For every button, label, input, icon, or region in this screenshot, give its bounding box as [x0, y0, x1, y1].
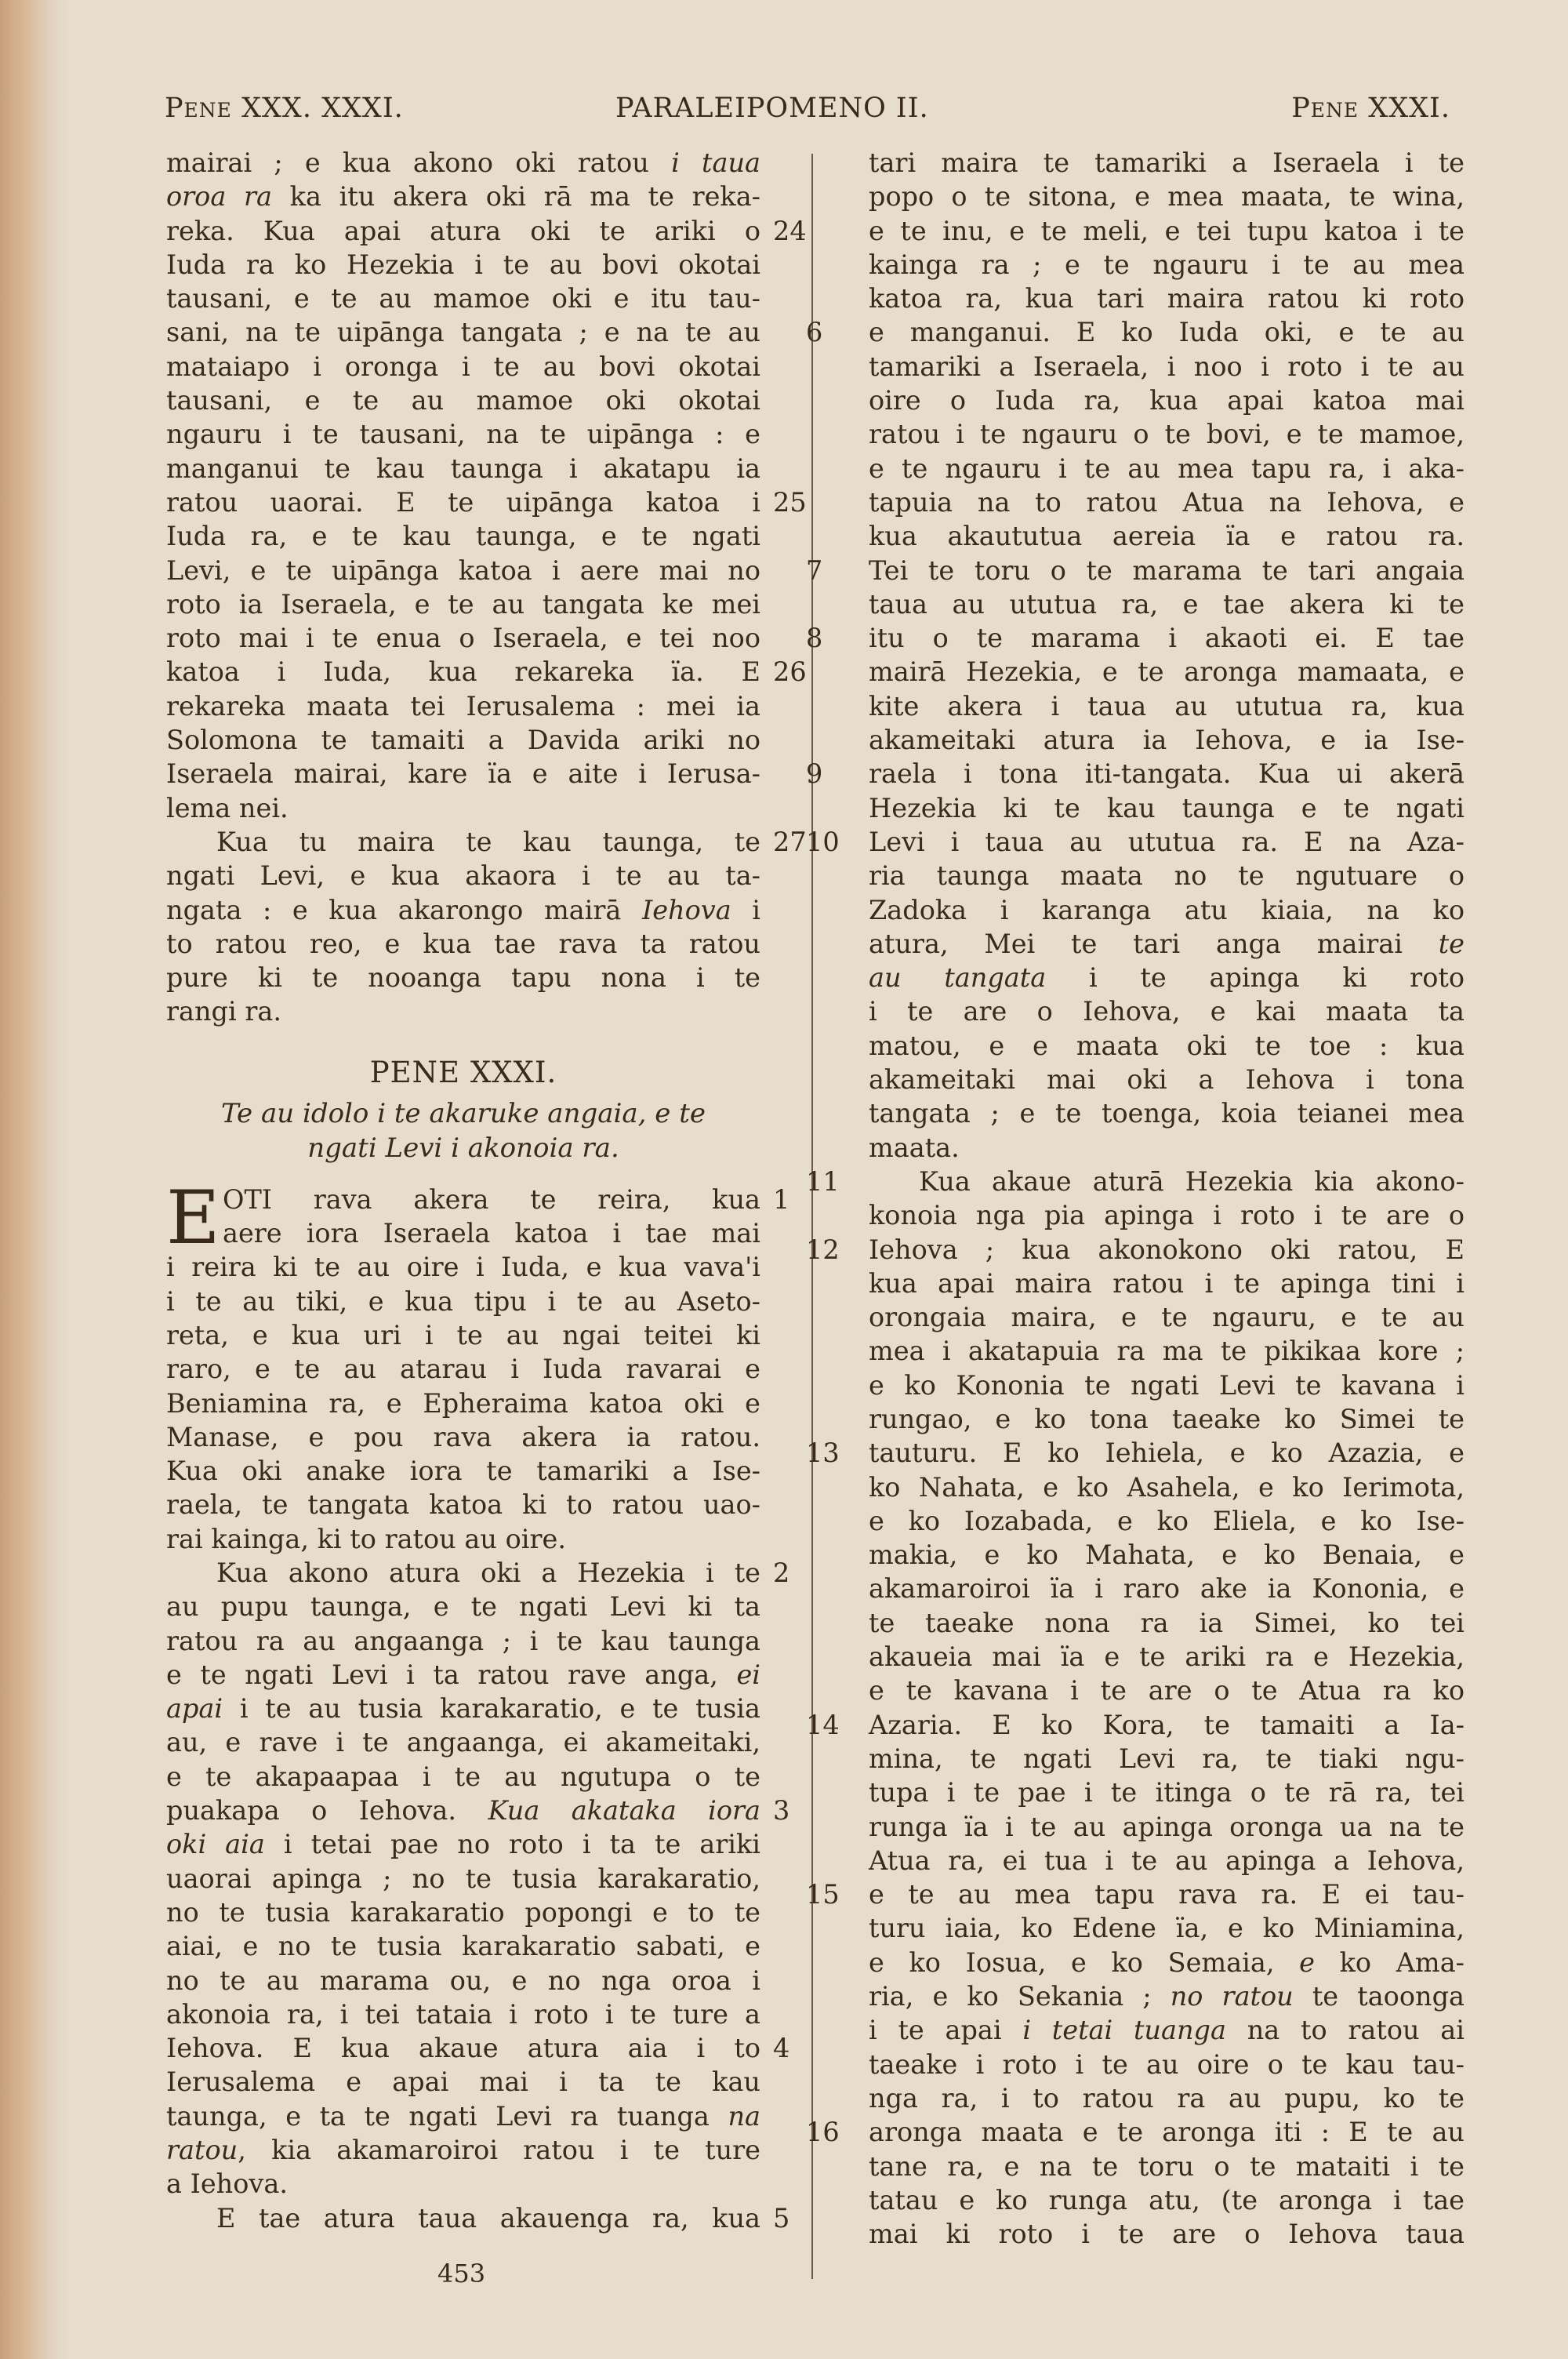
italic-text: e: [1299, 1947, 1315, 1978]
line-text: e ko Iosua, e ko Semaia,: [869, 1947, 1299, 1978]
text-line: au, e rave i te angaanga, ei akameitaki,: [166, 1725, 760, 1759]
text-line: mai ki roto i te are o Iehova taua: [869, 2217, 1465, 2251]
line-text: Atua ra, ei tua i te au apinga a Iehova,: [869, 1845, 1465, 1876]
text-line: Atua ra, ei tua i te au apinga a Iehova,: [869, 1844, 1465, 1877]
line-text: Kua oki anake iora te tamariki a Ise-: [166, 1456, 760, 1486]
text-line: pure ki te nooanga tapu nona i te: [166, 961, 760, 994]
text-line: tapuia na to ratou Atua na Iehova, e: [869, 485, 1465, 519]
verse-number: 15: [806, 1877, 858, 1911]
text-line: ria taunga maata no te ngutuare o: [869, 859, 1465, 892]
verse-number: 25: [773, 485, 828, 519]
verse-number: 3: [773, 1794, 828, 1827]
text-line: raela i tona iti-tangata. Kua ui akerā9: [869, 757, 1465, 791]
line-text: Levi i taua au ututua ra. E na Aza-: [869, 827, 1465, 857]
line-text: , kia akamaroiroi ratou i te ture: [238, 2135, 760, 2165]
line-text: e ko Iozabada, e ko Eliela, e ko Ise-: [869, 1506, 1465, 1536]
text-line: i te au tiki, e kua tipu i te au Aseto-: [166, 1285, 760, 1318]
line-text: kua apai maira ratou i te apinga tini i: [869, 1268, 1465, 1299]
text-line: mea i akatapuia ra ma te pikikaa kore ;: [869, 1334, 1465, 1368]
text-line: uaorai apinga ; no te tusia karakaratio,: [166, 1862, 760, 1896]
text-line: e manganui. E ko Iuda oki, e te au6: [869, 315, 1465, 349]
text-line: OTI rava akera te reira, kua1: [166, 1183, 760, 1216]
text-line: tausani, e te au mamoe oki okotai: [166, 383, 760, 417]
text-line: mataiapo i oronga i te au bovi okotai: [166, 350, 760, 383]
text-line: ratou i te ngauru o te bovi, e te mamoe,: [869, 417, 1465, 451]
verse-number: 7: [806, 554, 858, 587]
line-text: e manganui. E ko Iuda oki, e te au: [869, 317, 1465, 347]
italic-text: oroa ra: [166, 181, 272, 212]
line-text: Beniamina ra, e Epheraima katoa oki e: [166, 1388, 760, 1419]
verse-number: 8: [806, 621, 858, 655]
text-line: rungao, e ko tona taeake ko Simei te: [869, 1402, 1465, 1436]
line-text: lema nei.: [166, 793, 289, 823]
text-line: Levi i taua au ututua ra. E na Aza-10: [869, 825, 1465, 859]
italic-text: ratou: [166, 2135, 238, 2165]
line-text: itu o te marama i akaoti ei. E tae: [869, 623, 1465, 653]
italic-text: no ratou: [1171, 1981, 1294, 2012]
italic-text: ei: [736, 1659, 760, 1690]
right-column-text: tari maira te tamariki a Iseraela i tepo…: [869, 146, 1465, 2251]
text-line: apai i te au tusia karakaratio, e te tus…: [166, 1692, 760, 1725]
line-text: te taeake nona ra ia Simei, ko tei: [869, 1608, 1465, 1638]
line-text: e te ngati Levi i ta ratou rave anga,: [166, 1659, 736, 1690]
line-text: Iehova ; kua akonokono oki ratou, E: [869, 1234, 1465, 1265]
line-text: raela i tona iti-tangata. Kua ui akerā: [869, 758, 1465, 789]
line-text: tamariki a Iseraela, i noo i roto i te a…: [869, 351, 1465, 382]
text-line: konoia nga pia apinga i roto i te are o: [869, 1198, 1465, 1232]
text-line: Tei te toru o te marama te tari angaia7: [869, 554, 1465, 587]
line-text: au pupu taunga, e te ngati Levi ki ta: [166, 1591, 760, 1622]
line-text: uaorai apinga ; no te tusia karakaratio,: [166, 1863, 760, 1894]
text-line: popo o te sitona, e mea maata, te wina,: [869, 180, 1465, 213]
line-text: e te ngauru i te au mea tapu ra, i aka-: [869, 453, 1465, 484]
text-line: tari maira te tamariki a Iseraela i te: [869, 146, 1465, 180]
text-line: i te apai i tetai tuanga na to ratou ai: [869, 2013, 1465, 2047]
text-line: Kua akono atura oki a Hezekia i te2: [166, 1556, 760, 1590]
text-line: aiai, e no te tusia karakaratio sabati, …: [166, 1929, 760, 1963]
line-text: taua au ututua ra, e tae akera ki te: [869, 589, 1465, 620]
line-text: nga ra, i to ratou ra au pupu, ko te: [869, 2083, 1465, 2114]
line-text: tatau e ko runga atu, (te aronga i tae: [869, 2185, 1465, 2215]
line-text: no te au marama ou, e no nga oroa i: [166, 1965, 760, 1996]
line-text: roto mai i te enua o Iseraela, e tei noo: [166, 623, 760, 653]
text-line: aronga maata e te aronga iti : E te au16: [869, 2115, 1465, 2149]
text-line: Levi, e te uipānga katoa i aere mai no: [166, 554, 760, 587]
text-line: mina, te ngati Levi ra, te tiaki ngu-: [869, 1742, 1465, 1776]
italic-text: i taua: [671, 147, 760, 178]
text-line: taua au ututua ra, e tae akera ki te: [869, 587, 1465, 621]
line-text: akamaroiroi ïa i raro ake ia Kononia, e: [869, 1573, 1465, 1604]
line-text: e ko Kononia te ngati Levi te kavana i: [869, 1370, 1465, 1401]
line-text: makia, e ko Mahata, e ko Benaia, e: [869, 1539, 1465, 1570]
line-text: Kua akono atura oki a Hezekia i te: [216, 1558, 760, 1588]
line-text: oire o Iuda ra, kua apai katoa mai: [869, 385, 1465, 416]
line-text: i te apinga ki roto: [1046, 962, 1465, 993]
line-text: mataiapo i oronga i te au bovi okotai: [166, 351, 760, 382]
right-column: tari maira te tamariki a Iseraela i tepo…: [869, 146, 1465, 2251]
line-text: puakapa o Iehova.: [166, 1795, 488, 1826]
text-line: no te tusia karakaratio popongi e to te: [166, 1896, 760, 1929]
line-text: taeake i roto i te au oire o te kau tau-: [869, 2049, 1465, 2080]
left-column-text-top: mairai ; e kua akono oki ratou i tauaoro…: [166, 146, 760, 1029]
line-text: ratou i te ngauru o te bovi, e te mamoe,: [869, 419, 1465, 449]
left-column: mairai ; e kua akono oki ratou i tauaoro…: [166, 146, 760, 2235]
line-text: Azaria. E ko Kora, te tamaiti a Ia-: [869, 1710, 1465, 1740]
text-line: Solomona te tamaiti a Davida ariki no: [166, 723, 760, 757]
text-line: akameitaki atura ia Iehova, e ia Ise-: [869, 723, 1465, 757]
chapter-summary: Te au idolo i te akaruke angaia, e te ng…: [166, 1096, 760, 1165]
line-text: raro, e te au atarau i Iuda ravarai e: [166, 1354, 760, 1384]
text-line: kite akera i taua au ututua ra, kua: [869, 689, 1465, 723]
text-line: mairai ; e kua akono oki ratou i taua: [166, 146, 760, 180]
line-text: reka. Kua apai atura oki te ariki o: [166, 216, 760, 246]
text-line: Hezekia ki te kau taunga e te ngati: [869, 791, 1465, 825]
running-head-right: Pene XXXI.: [1291, 93, 1450, 124]
text-line: tausani, e te au mamoe oki e itu tau-: [166, 282, 760, 315]
italic-text: na: [728, 2101, 760, 2132]
line-text: sani, na te uipānga tangata ; e na te au: [166, 317, 760, 347]
left-column-text-bottom: i reira ki te au oire i Iuda, e kua vava…: [166, 1250, 760, 2235]
verse-number: 26: [773, 655, 828, 689]
italic-text: apai: [166, 1693, 223, 1724]
text-line: au pupu taunga, e te ngati Levi ki ta: [166, 1590, 760, 1623]
line-text: Zadoka i karanga atu kiaia, na ko: [869, 895, 1465, 925]
text-line: turu iaia, ko Edene ïa, e ko Miniamina,: [869, 1911, 1465, 1945]
line-text: te taoonga: [1294, 1981, 1465, 2012]
text-line: Iuda ra ko Hezekia i te au bovi okotai: [166, 248, 760, 282]
text-line: ratou ra au angaanga ; i te kau taunga: [166, 1624, 760, 1658]
italic-text: te: [1439, 929, 1465, 959]
line-text: to ratou reo, e kua tae rava ta ratou: [166, 929, 760, 959]
text-line: e ko Iozabada, e ko Eliela, e ko Ise-: [869, 1504, 1465, 1538]
text-line: reta, e kua uri i te au ngai teitei ki: [166, 1318, 760, 1352]
line-text: kua akaututua aereia ïa e ratou ra.: [869, 521, 1465, 551]
line-text: ko Ama-: [1315, 1947, 1465, 1978]
line-text: matou, e e maata oki te toe : kua: [869, 1030, 1465, 1061]
line-text: Ierusalema e apai mai i ta te kau: [166, 2066, 760, 2097]
line-text: Kua tu maira te kau taunga, te: [216, 827, 760, 857]
line-text: popo o te sitona, e mea maata, te wina,: [869, 181, 1465, 212]
text-line: puakapa o Iehova. Kua akataka iora3: [166, 1794, 760, 1827]
line-text: i tetai pae no roto i ta te ariki: [265, 1829, 760, 1859]
text-line: Iehova. E kua akaue atura aia i to4: [166, 2031, 760, 2065]
text-line: roto ia Iseraela, e te au tangata ke mei: [166, 587, 760, 621]
line-text: katoa i Iuda, kua rekareka ïa. E: [166, 656, 760, 687]
text-line: tane ra, e na te toru o te mataiti i te: [869, 2150, 1465, 2183]
text-line: akamaroiroi ïa i raro ake ia Kononia, e: [869, 1572, 1465, 1605]
text-line: oki aia i tetai pae no roto i ta te arik…: [166, 1827, 760, 1861]
text-line: e te inu, e te meli, e tei tupu katoa i …: [869, 214, 1465, 248]
verse-number: 10: [806, 825, 858, 859]
text-line: ngata : e kua akarongo mairā Iehova i: [166, 893, 760, 927]
line-text: katoa ra, kua tari maira ratou ki roto: [869, 283, 1465, 314]
text-line: oroa ra ka itu akera oki rā ma te reka-: [166, 180, 760, 213]
italic-text: au tangata: [869, 962, 1046, 993]
text-line: e te ngauru i te au mea tapu ra, i aka-: [869, 452, 1465, 485]
text-line: no te au marama ou, e no nga oroa i: [166, 1964, 760, 1997]
spacer: [166, 1165, 760, 1183]
text-line: runga ïa i te au apinga oronga ua na te: [869, 1810, 1465, 1844]
line-text: i: [731, 895, 760, 925]
text-line: mairā Hezekia, e te aronga mamaata, e: [869, 655, 1465, 689]
line-text: tauturu. E ko Iehiela, e ko Azazia, e: [869, 1438, 1465, 1468]
line-text: tausani, e te au mamoe oki okotai: [166, 385, 760, 416]
line-text: ratou uaorai. E te uipānga katoa i: [166, 487, 760, 518]
line-text: orongaia maira, e te ngauru, e te au: [869, 1302, 1465, 1332]
line-text: e te akapaapaa i te au ngutupa o te: [166, 1761, 760, 1792]
text-line: i reira ki te au oire i Iuda, e kua vava…: [166, 1250, 760, 1284]
line-text: pure ki te nooanga tapu nona i te: [166, 962, 760, 993]
line-text: ko Nahata, e ko Asahela, e ko Ierimota,: [869, 1472, 1465, 1503]
italic-text: i tetai tuanga: [1022, 2015, 1226, 2045]
verse-number: 13: [806, 1436, 858, 1470]
line-text: Kua akaue aturā Hezekia kia akono-: [919, 1166, 1465, 1197]
text-line: tauturu. E ko Iehiela, e ko Azazia, e13: [869, 1436, 1465, 1470]
line-text: e te au mea tapu rava ra. E ei tau-: [869, 1879, 1465, 1910]
line-text: e te kavana i te are o te Atua ra ko: [869, 1675, 1465, 1706]
text-line: a Iehova.: [166, 2167, 760, 2201]
line-text: ria taunga maata no te ngutuare o: [869, 860, 1465, 891]
text-line: katoa i Iuda, kua rekareka ïa. E26: [166, 655, 760, 689]
text-line: maata.: [869, 1131, 1465, 1165]
text-line: ratou, kia akamaroiroi ratou i te ture: [166, 2133, 760, 2167]
line-text: konoia nga pia apinga i roto i te are o: [869, 1200, 1465, 1230]
text-line: atura, Mei te tari anga mairai te: [869, 927, 1465, 961]
line-text: runga ïa i te au apinga oronga ua na te: [869, 1812, 1465, 1842]
line-text: roto ia Iseraela, e te au tangata ke mei: [166, 589, 760, 620]
text-line: to ratou reo, e kua tae rava ta ratou: [166, 927, 760, 961]
text-line: tupa i te pae i te itinga o te rā ra, te…: [869, 1776, 1465, 1809]
text-line: orongaia maira, e te ngauru, e te au: [869, 1300, 1465, 1334]
text-line: te taeake nona ra ia Simei, ko tei: [869, 1606, 1465, 1640]
text-line: oire o Iuda ra, kua apai katoa mai: [869, 383, 1465, 417]
text-line: kainga ra ; e te ngauru i te au mea: [869, 248, 1465, 282]
line-text: akonoia ra, i tei tataia i roto i te tur…: [166, 1999, 760, 2030]
text-line: kua akaututua aereia ïa e ratou ra.: [869, 519, 1465, 553]
line-text: mea i akatapuia ra ma te pikikaa kore ;: [869, 1336, 1465, 1366]
verse-number: 11: [806, 1165, 858, 1198]
line-text: OTI rava akera te reira, kua: [223, 1184, 760, 1215]
line-text: mai ki roto i te are o Iehova taua: [869, 2219, 1465, 2249]
text-line: manganui te kau taunga i akatapu ia: [166, 452, 760, 485]
line-text: aiai, e no te tusia karakaratio sabati, …: [166, 1931, 760, 1961]
text-line: Zadoka i karanga atu kiaia, na ko: [869, 893, 1465, 927]
line-text: mina, te ngati Levi ra, te tiaki ngu-: [869, 1743, 1465, 1774]
text-line: au tangata i te apinga ki roto: [869, 961, 1465, 994]
text-line: e te kavana i te are o te Atua ra ko: [869, 1674, 1465, 1707]
text-line: rekareka maata tei Ierusalema : mei ia: [166, 689, 760, 723]
line-text: tupa i te pae i te itinga o te rā ra, te…: [869, 1777, 1465, 1808]
text-line: e ko Kononia te ngati Levi te kavana i: [869, 1369, 1465, 1402]
text-line: Kua oki anake iora te tamariki a Ise-: [166, 1454, 760, 1488]
line-text: Tei te toru o te marama te tari angaia: [869, 555, 1465, 586]
italic-text: oki aia: [166, 1829, 265, 1859]
text-line: E tae atura taua akauenga ra, kua5: [166, 2201, 760, 2235]
text-line: ria, e ko Sekania ; no ratou te taoonga: [869, 1979, 1465, 2013]
line-text: mairai ; e kua akono oki ratou: [166, 147, 671, 178]
line-text: ka itu akera oki rā ma te reka-: [272, 181, 760, 212]
line-text: manganui te kau taunga i akatapu ia: [166, 453, 760, 484]
text-line: roto mai i te enua o Iseraela, e tei noo: [166, 621, 760, 655]
verse-number: 2: [773, 1556, 828, 1590]
line-text: Hezekia ki te kau taunga e te ngati: [869, 793, 1465, 823]
line-text: E tae atura taua akauenga ra, kua: [216, 2203, 760, 2234]
text-line: Iehova ; kua akonokono oki ratou, E12: [869, 1233, 1465, 1267]
line-text: ngauru i te tausani, na te uipānga : e: [166, 419, 760, 449]
text-line: i te are o Iehova, e kai maata ta: [869, 994, 1465, 1028]
line-text: kite akera i taua au ututua ra, kua: [869, 691, 1465, 722]
text-line: e te au mea tapu rava ra. E ei tau-15: [869, 1877, 1465, 1911]
text-line: rai kainga, ki to ratou au oire.: [166, 1522, 760, 1556]
text-line: katoa ra, kua tari maira ratou ki roto: [869, 282, 1465, 315]
page-edge-shadow: [0, 0, 71, 2359]
text-line: ngati Levi, e kua akaora i te au ta-: [166, 859, 760, 892]
text-line: taeake i roto i te au oire o te kau tau-: [869, 2048, 1465, 2081]
text-line: makia, e ko Mahata, e ko Benaia, e: [869, 1538, 1465, 1572]
line-text: mairā Hezekia, e te aronga mamaata, e: [869, 656, 1465, 687]
line-text: tangata ; e te toenga, koia teianei mea: [869, 1098, 1465, 1129]
running-head-left: Pene XXX. XXXI.: [165, 93, 404, 124]
text-line: ko Nahata, e ko Asahela, e ko Ierimota,: [869, 1470, 1465, 1504]
line-text: maata.: [869, 1132, 960, 1163]
page-number: 453: [437, 2259, 485, 2288]
text-line: Manase, e pou rava akera ia ratou.: [166, 1420, 760, 1454]
text-line: rangi ra.: [166, 994, 760, 1028]
text-line: tatau e ko runga atu, (te aronga i tae: [869, 2183, 1465, 2217]
line-text: rekareka maata tei Ierusalema : mei ia: [166, 691, 760, 722]
line-text: aronga maata e te aronga iti : E te au: [869, 2117, 1465, 2147]
verse-number: 24: [773, 214, 828, 248]
line-text: rangi ra.: [166, 996, 281, 1027]
line-text: akaueia mai ïa e te ariki ra e Hezekia,: [869, 1641, 1465, 1672]
line-text: raela, te tangata katoa ki to ratou uao-: [166, 1489, 760, 1520]
line-text: taunga, e ta te ngati Levi ra tuanga: [166, 2101, 728, 2132]
verse-number: 16: [806, 2115, 858, 2149]
text-line: lema nei.: [166, 791, 760, 825]
text-line: sani, na te uipānga tangata ; e na te au: [166, 315, 760, 349]
text-line: aere iora Iseraela katoa i tae mai: [166, 1216, 760, 1250]
line-text: ngata : e kua akarongo mairā: [166, 895, 642, 925]
line-text: Iuda ra, e te kau taunga, e te ngati: [166, 521, 760, 551]
verse-number: 6: [806, 315, 858, 349]
line-text: a Iehova.: [166, 2168, 288, 2199]
line-text: akameitaki atura ia Iehova, e ia Ise-: [869, 725, 1465, 755]
text-line: tangata ; e te toenga, koia teianei mea: [869, 1096, 1465, 1130]
text-line: Iuda ra, e te kau taunga, e te ngati: [166, 519, 760, 553]
text-line: e ko Iosua, e ko Semaia, e ko Ama-: [869, 1946, 1465, 1979]
verse-number: 14: [806, 1708, 858, 1742]
line-text: rai kainga, ki to ratou au oire.: [166, 1524, 566, 1554]
line-text: Iehova. E kua akaue atura aia i to: [166, 2033, 760, 2063]
line-text: kainga ra ; e te ngauru i te au mea: [869, 249, 1465, 280]
line-text: na to ratou ai: [1226, 2015, 1465, 2045]
line-text: ratou ra au angaanga ; i te kau taunga: [166, 1626, 760, 1656]
line-text: reta, e kua uri i te au ngai teitei ki: [166, 1320, 760, 1350]
text-line: nga ra, i to ratou ra au pupu, ko te: [869, 2081, 1465, 2115]
line-text: no te tusia karakaratio popongi e to te: [166, 1897, 760, 1928]
chapter-opening: E OTI rava akera te reira, kua1aere iora…: [166, 1183, 760, 1251]
text-line: Ierusalema e apai mai i ta te kau: [166, 2065, 760, 2099]
verse-number: 4: [773, 2031, 828, 2065]
text-line: itu o te marama i akaoti ei. E tae8: [869, 621, 1465, 655]
text-line: reka. Kua apai atura oki te ariki o24: [166, 214, 760, 248]
line-text: tausani, e te au mamoe oki e itu tau-: [166, 283, 760, 314]
text-line: e te akapaapaa i te au ngutupa o te: [166, 1760, 760, 1794]
line-text: Iuda ra ko Hezekia i te au bovi okotai: [166, 249, 760, 280]
text-line: akaueia mai ïa e te ariki ra e Hezekia,: [869, 1640, 1465, 1674]
verse-number: 12: [806, 1233, 858, 1267]
text-line: ngauru i te tausani, na te uipānga : e: [166, 417, 760, 451]
running-head: Pene XXX. XXXI. PARALEIPOMENO II. Pene X…: [165, 93, 1450, 132]
italic-text: Kua akataka iora: [488, 1795, 760, 1826]
text-line: Beniamina ra, e Epheraima katoa oki e: [166, 1387, 760, 1420]
line-text: i reira ki te au oire i Iuda, e kua vava…: [166, 1252, 760, 1282]
line-text: turu iaia, ko Edene ïa, e ko Miniamina,: [869, 1913, 1465, 1943]
text-line: Azaria. E ko Kora, te tamaiti a Ia-14: [869, 1708, 1465, 1742]
text-line: raela, te tangata katoa ki to ratou uao-: [166, 1488, 760, 1521]
line-text: ria, e ko Sekania ;: [869, 1981, 1171, 2012]
line-text: i te apai: [869, 2015, 1022, 2045]
line-text: Iseraela mairai, kare ïa e aite i Ierusa…: [166, 758, 760, 789]
line-text: ngati Levi, e kua akaora i te au ta-: [166, 860, 760, 891]
line-text: aere iora Iseraela katoa i tae mai: [223, 1218, 760, 1249]
book-title: PARALEIPOMENO II.: [615, 93, 929, 124]
line-text: i te au tusia karakaratio, e te tusia: [223, 1693, 760, 1724]
chapter-title: PENE XXXI.: [166, 1049, 760, 1096]
line-text: Solomona te tamaiti a Davida ariki no: [166, 725, 760, 755]
line-text: atura, Mei te tari anga mairai: [869, 929, 1439, 959]
line-text: Manase, e pou rava akera ia ratou.: [166, 1422, 760, 1452]
line-text: tari maira te tamariki a Iseraela i te: [869, 147, 1465, 178]
text-line: Kua akaue aturā Hezekia kia akono-11: [869, 1165, 1465, 1198]
text-line: akonoia ra, i tei tataia i roto i te tur…: [166, 1997, 760, 2031]
drop-cap-lines: OTI rava akera te reira, kua1aere iora I…: [166, 1183, 760, 1251]
text-line: taunga, e ta te ngati Levi ra tuanga na: [166, 2099, 760, 2133]
text-line: kua apai maira ratou i te apinga tini i: [869, 1267, 1465, 1300]
line-text: akameitaki mai oki a Iehova i tona: [869, 1064, 1465, 1095]
line-text: rungao, e ko tona taeake ko Simei te: [869, 1404, 1465, 1434]
line-text: au, e rave i te angaanga, ei akameitaki,: [166, 1727, 760, 1757]
text-line: raro, e te au atarau i Iuda ravarai e: [166, 1352, 760, 1386]
text-line: Kua tu maira te kau taunga, te27: [166, 825, 760, 859]
line-text: tapuia na to ratou Atua na Iehova, e: [869, 487, 1465, 518]
text-line: ratou uaorai. E te uipānga katoa i25: [166, 485, 760, 519]
line-text: i te are o Iehova, e kai maata ta: [869, 996, 1465, 1027]
italic-text: Iehova: [642, 895, 731, 925]
line-text: i te au tiki, e kua tipu i te au Aseto-: [166, 1286, 760, 1317]
line-text: tane ra, e na te toru o te mataiti i te: [869, 2151, 1465, 2182]
line-text: e te inu, e te meli, e tei tupu katoa i …: [869, 216, 1465, 246]
text-line: tamariki a Iseraela, i noo i roto i te a…: [869, 350, 1465, 383]
text-line: matou, e e maata oki te toe : kua: [869, 1029, 1465, 1063]
line-text: Levi, e te uipānga katoa i aere mai no: [166, 555, 760, 586]
text-line: e te ngati Levi i ta ratou rave anga, ei: [166, 1658, 760, 1692]
text-line: akameitaki mai oki a Iehova i tona: [869, 1063, 1465, 1096]
verse-number: 5: [773, 2201, 828, 2235]
text-line: Iseraela mairai, kare ïa e aite i Ierusa…: [166, 757, 760, 791]
verse-number: 9: [806, 757, 858, 791]
